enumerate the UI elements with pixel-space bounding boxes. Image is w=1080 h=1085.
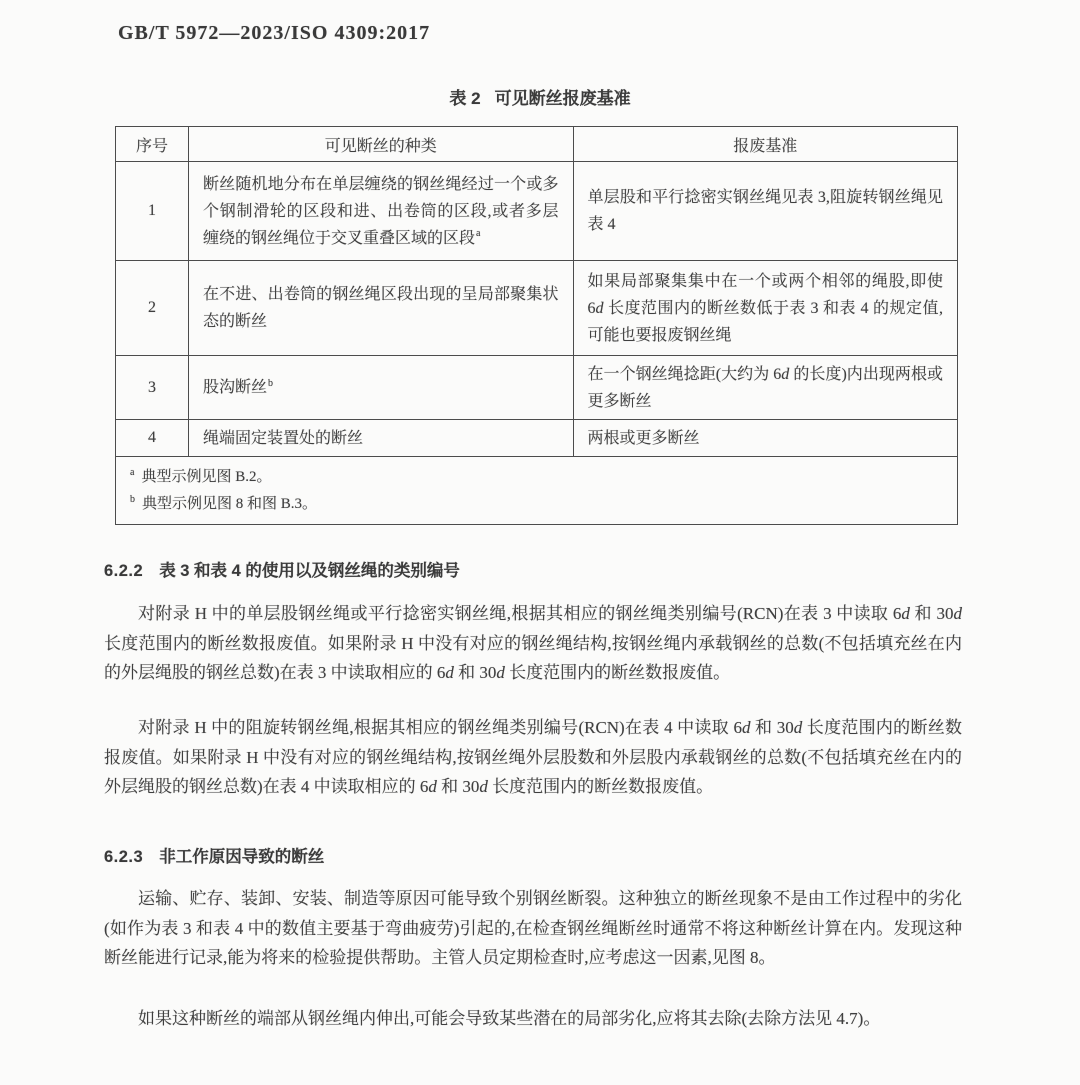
paragraph: 如果这种断丝的端部从钢丝绳内伸出,可能会导致某些潜在的局部劣化,应将其去除(去除… (104, 1004, 962, 1034)
row-kind-cell: 绳端固定装置处的断丝 (189, 420, 574, 457)
row-criteria-cell: 如果局部聚集集中在一个或两个相邻的绳股,即使 6d 长度范围内的断丝数低于表 3… (573, 261, 958, 356)
section-number: 6.2.2 (104, 562, 143, 580)
paragraph: 对附录 H 中的阻旋转钢丝绳,根据其相应的钢丝绳类别编号(RCN)在表 4 中读… (104, 713, 962, 802)
row-number: 1 (116, 162, 189, 261)
document-page: GB/T 5972—2023/ISO 4309:2017 表 2可见断丝报废基准… (0, 0, 1080, 1085)
row-number: 3 (116, 356, 189, 420)
section-heading-622: 6.2.2表 3 和表 4 的使用以及钢丝绳的类别编号 (104, 557, 964, 581)
wire-break-discard-table: 序号 可见断丝的种类 报废基准 1 断丝随机地分布在单层缠绕的钢丝绳经过一个或多… (115, 126, 958, 525)
section-number: 6.2.3 (104, 848, 143, 866)
table-row: 2 在不进、出卷筒的钢丝绳区段出现的呈局部聚集状态的断丝 如果局部聚集集中在一个… (116, 261, 958, 356)
row-kind-cell: 在不进、出卷筒的钢丝绳区段出现的呈局部聚集状态的断丝 (189, 261, 574, 356)
col-header-kind: 可见断丝的种类 (189, 127, 574, 162)
footnote-a: a典型示例见图 B.2。 (130, 464, 943, 491)
row-kind-cell: 断丝随机地分布在单层缠绕的钢丝绳经过一个或多个钢制滑轮的区段和进、出卷筒的区段,… (189, 162, 574, 261)
row-number: 4 (116, 420, 189, 457)
row-kind-cell: 股沟断丝b (189, 356, 574, 420)
footnote-b: b典型示例见图 8 和图 B.3。 (130, 491, 943, 518)
row-criteria-cell: 两根或更多断丝 (573, 420, 958, 457)
table-row: 4 绳端固定装置处的断丝 两根或更多断丝 (116, 420, 958, 457)
table-header-row: 序号 可见断丝的种类 报废基准 (116, 127, 958, 162)
table-caption-label: 表 2 (449, 89, 480, 108)
row-number: 2 (116, 261, 189, 356)
table-row: 3 股沟断丝b 在一个钢丝绳捻距(大约为 6d 的长度)内出现两根或更多断丝 (116, 356, 958, 420)
table-caption: 表 2可见断丝报废基准 (0, 84, 1080, 109)
table-caption-text: 可见断丝报废基准 (495, 89, 631, 108)
row-criteria-cell: 在一个钢丝绳捻距(大约为 6d 的长度)内出现两根或更多断丝 (573, 356, 958, 420)
section-title: 非工作原因导致的断丝 (159, 848, 324, 866)
section-title: 表 3 和表 4 的使用以及钢丝绳的类别编号 (159, 562, 460, 580)
paragraph: 对附录 H 中的单层股钢丝绳或平行捻密实钢丝绳,根据其相应的钢丝绳类别编号(RC… (104, 599, 962, 688)
section-heading-623: 6.2.3非工作原因导致的断丝 (104, 843, 964, 867)
table-row: 1 断丝随机地分布在单层缠绕的钢丝绳经过一个或多个钢制滑轮的区段和进、出卷筒的区… (116, 162, 958, 261)
table-footnotes: a典型示例见图 B.2。 b典型示例见图 8 和图 B.3。 (116, 457, 958, 525)
col-header-seq: 序号 (116, 127, 189, 162)
row-criteria-cell: 单层股和平行捻密实钢丝绳见表 3,阻旋转钢丝绳见表 4 (573, 162, 958, 261)
paragraph: 运输、贮存、装卸、安装、制造等原因可能导致个别钢丝断裂。这种独立的断丝现象不是由… (104, 884, 962, 973)
table-footnote-row: a典型示例见图 B.2。 b典型示例见图 8 和图 B.3。 (116, 457, 958, 525)
standard-number-header: GB/T 5972—2023/ISO 4309:2017 (118, 22, 430, 45)
col-header-criteria: 报废基准 (573, 127, 958, 162)
